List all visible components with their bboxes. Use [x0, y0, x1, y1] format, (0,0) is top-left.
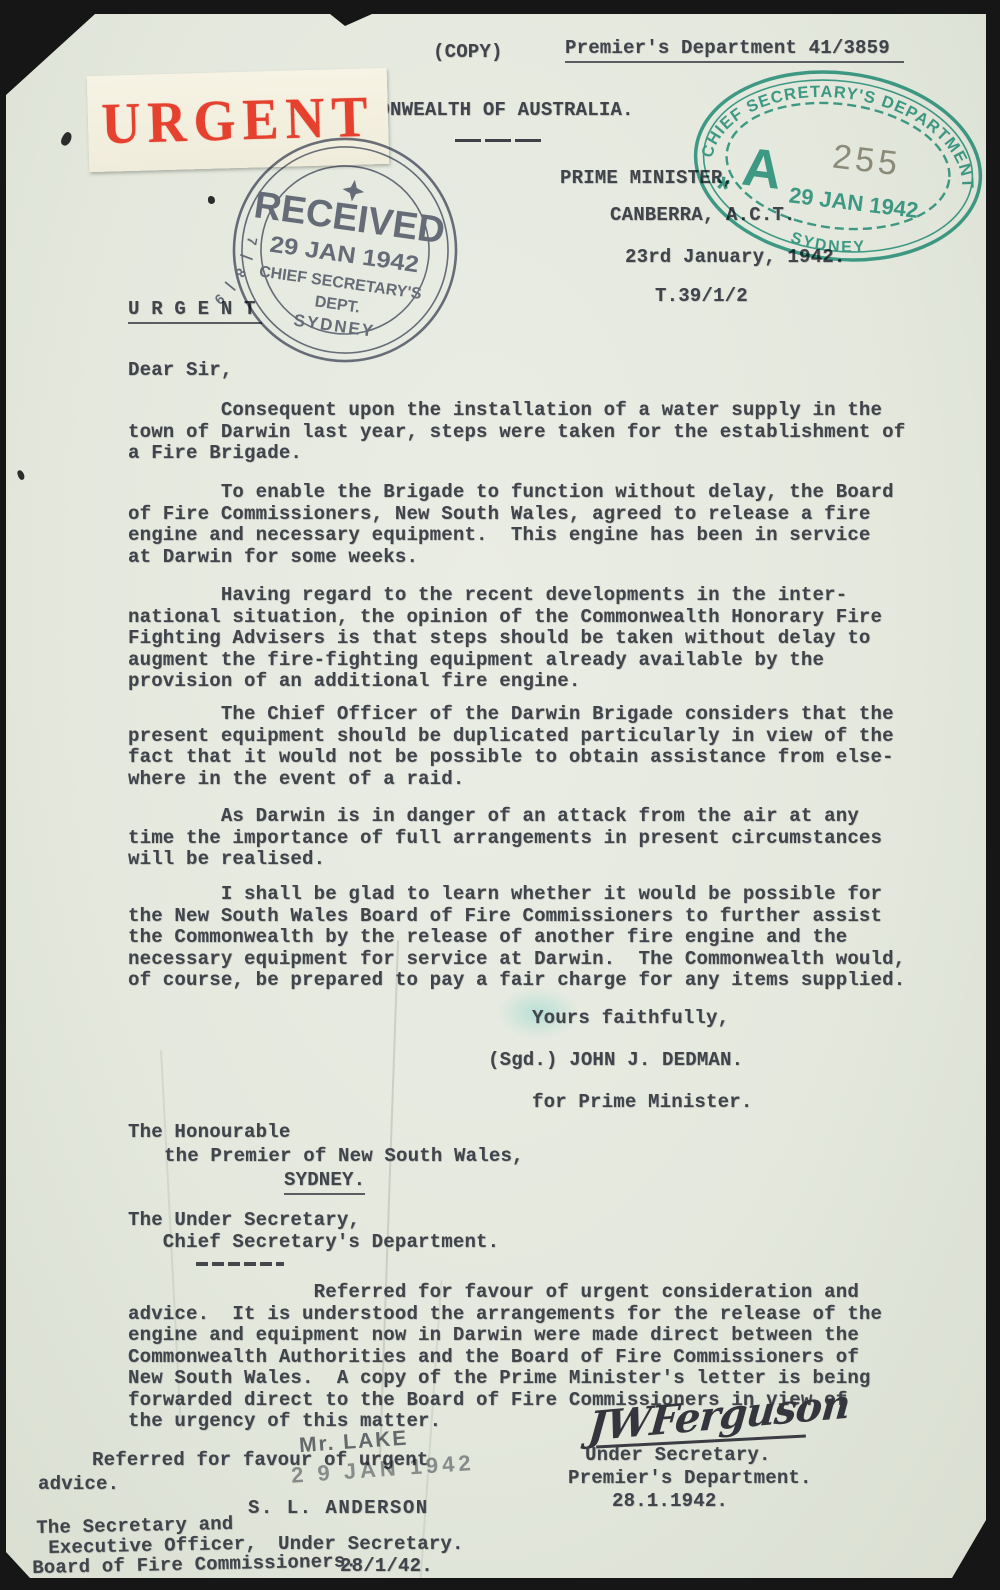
- received-dept-line2: DEPT.: [314, 293, 361, 316]
- oval-asterisk: *: [713, 169, 732, 208]
- paragraph-6: I shall be glad to learn whether it woul…: [128, 884, 905, 992]
- addressee-city: SYDNEY.: [284, 1170, 365, 1195]
- oval-letter: A: [739, 137, 785, 201]
- paragraph-4: The Chief Officer of the Darwin Brigade …: [128, 704, 894, 790]
- signatory-title: Under Secretary.: [585, 1445, 771, 1467]
- oval-date: 29 JAN 1942: [788, 182, 920, 223]
- paper-speck: [16, 469, 25, 480]
- section-rule: [196, 1262, 284, 1266]
- letter-page: (COPY) Premier's Department 41/3859 COMM…: [0, 0, 1000, 1590]
- received-city: SYDNEY: [292, 311, 376, 341]
- signatory-department: Premier's Department.: [568, 1468, 812, 1490]
- bottom-under-secretary: Under Secretary.: [278, 1534, 464, 1556]
- received-stamp: 7 | 8 | 9 | 10 | 11 | 12 | 1 | 2 | 3 | 4…: [207, 112, 483, 388]
- addressee-premier: the Premier of New South Wales,: [164, 1146, 524, 1168]
- paper-speck: [208, 196, 215, 204]
- signed-for: for Prime Minister.: [532, 1092, 752, 1114]
- bottom-date: 28/1/42.: [340, 1556, 433, 1578]
- signatory-date: 28.1.1942.: [612, 1491, 728, 1513]
- closing: Yours faithfully,: [532, 1008, 729, 1030]
- addressee-under-secretary: The Under Secretary, Chief Secretary's D…: [128, 1210, 499, 1253]
- paragraph-3: Having regard to the recent developments…: [128, 585, 882, 693]
- addressee-honourable: The Honourable: [128, 1122, 290, 1144]
- anderson-name: S. L. ANDERSON: [248, 1498, 429, 1520]
- paragraph-1: Consequent upon the installation of a wa…: [128, 400, 905, 465]
- salutation: Dear Sir,: [128, 360, 232, 382]
- heading-rule: [455, 139, 545, 142]
- file-reference: T.39/1/2: [655, 286, 748, 308]
- bottom-referral-line2: advice.: [38, 1474, 119, 1496]
- signed-name: (Sgd.) JOHN J. DEDMAN.: [488, 1050, 743, 1072]
- paper-speck: [59, 131, 74, 148]
- chief-secretary-oval-stamp: CHIEF SECRETARY'S DEPARTMENT A * 255 29 …: [677, 48, 999, 283]
- copy-note: (COPY): [433, 42, 503, 64]
- paragraph-5: As Darwin is in danger of an attack from…: [128, 806, 882, 871]
- paragraph-2: To enable the Brigade to function withou…: [128, 482, 894, 568]
- lake-stamp: Mr. LAKE 2 9 JAN 1942: [298, 1422, 475, 1488]
- oval-number: 255: [830, 137, 903, 183]
